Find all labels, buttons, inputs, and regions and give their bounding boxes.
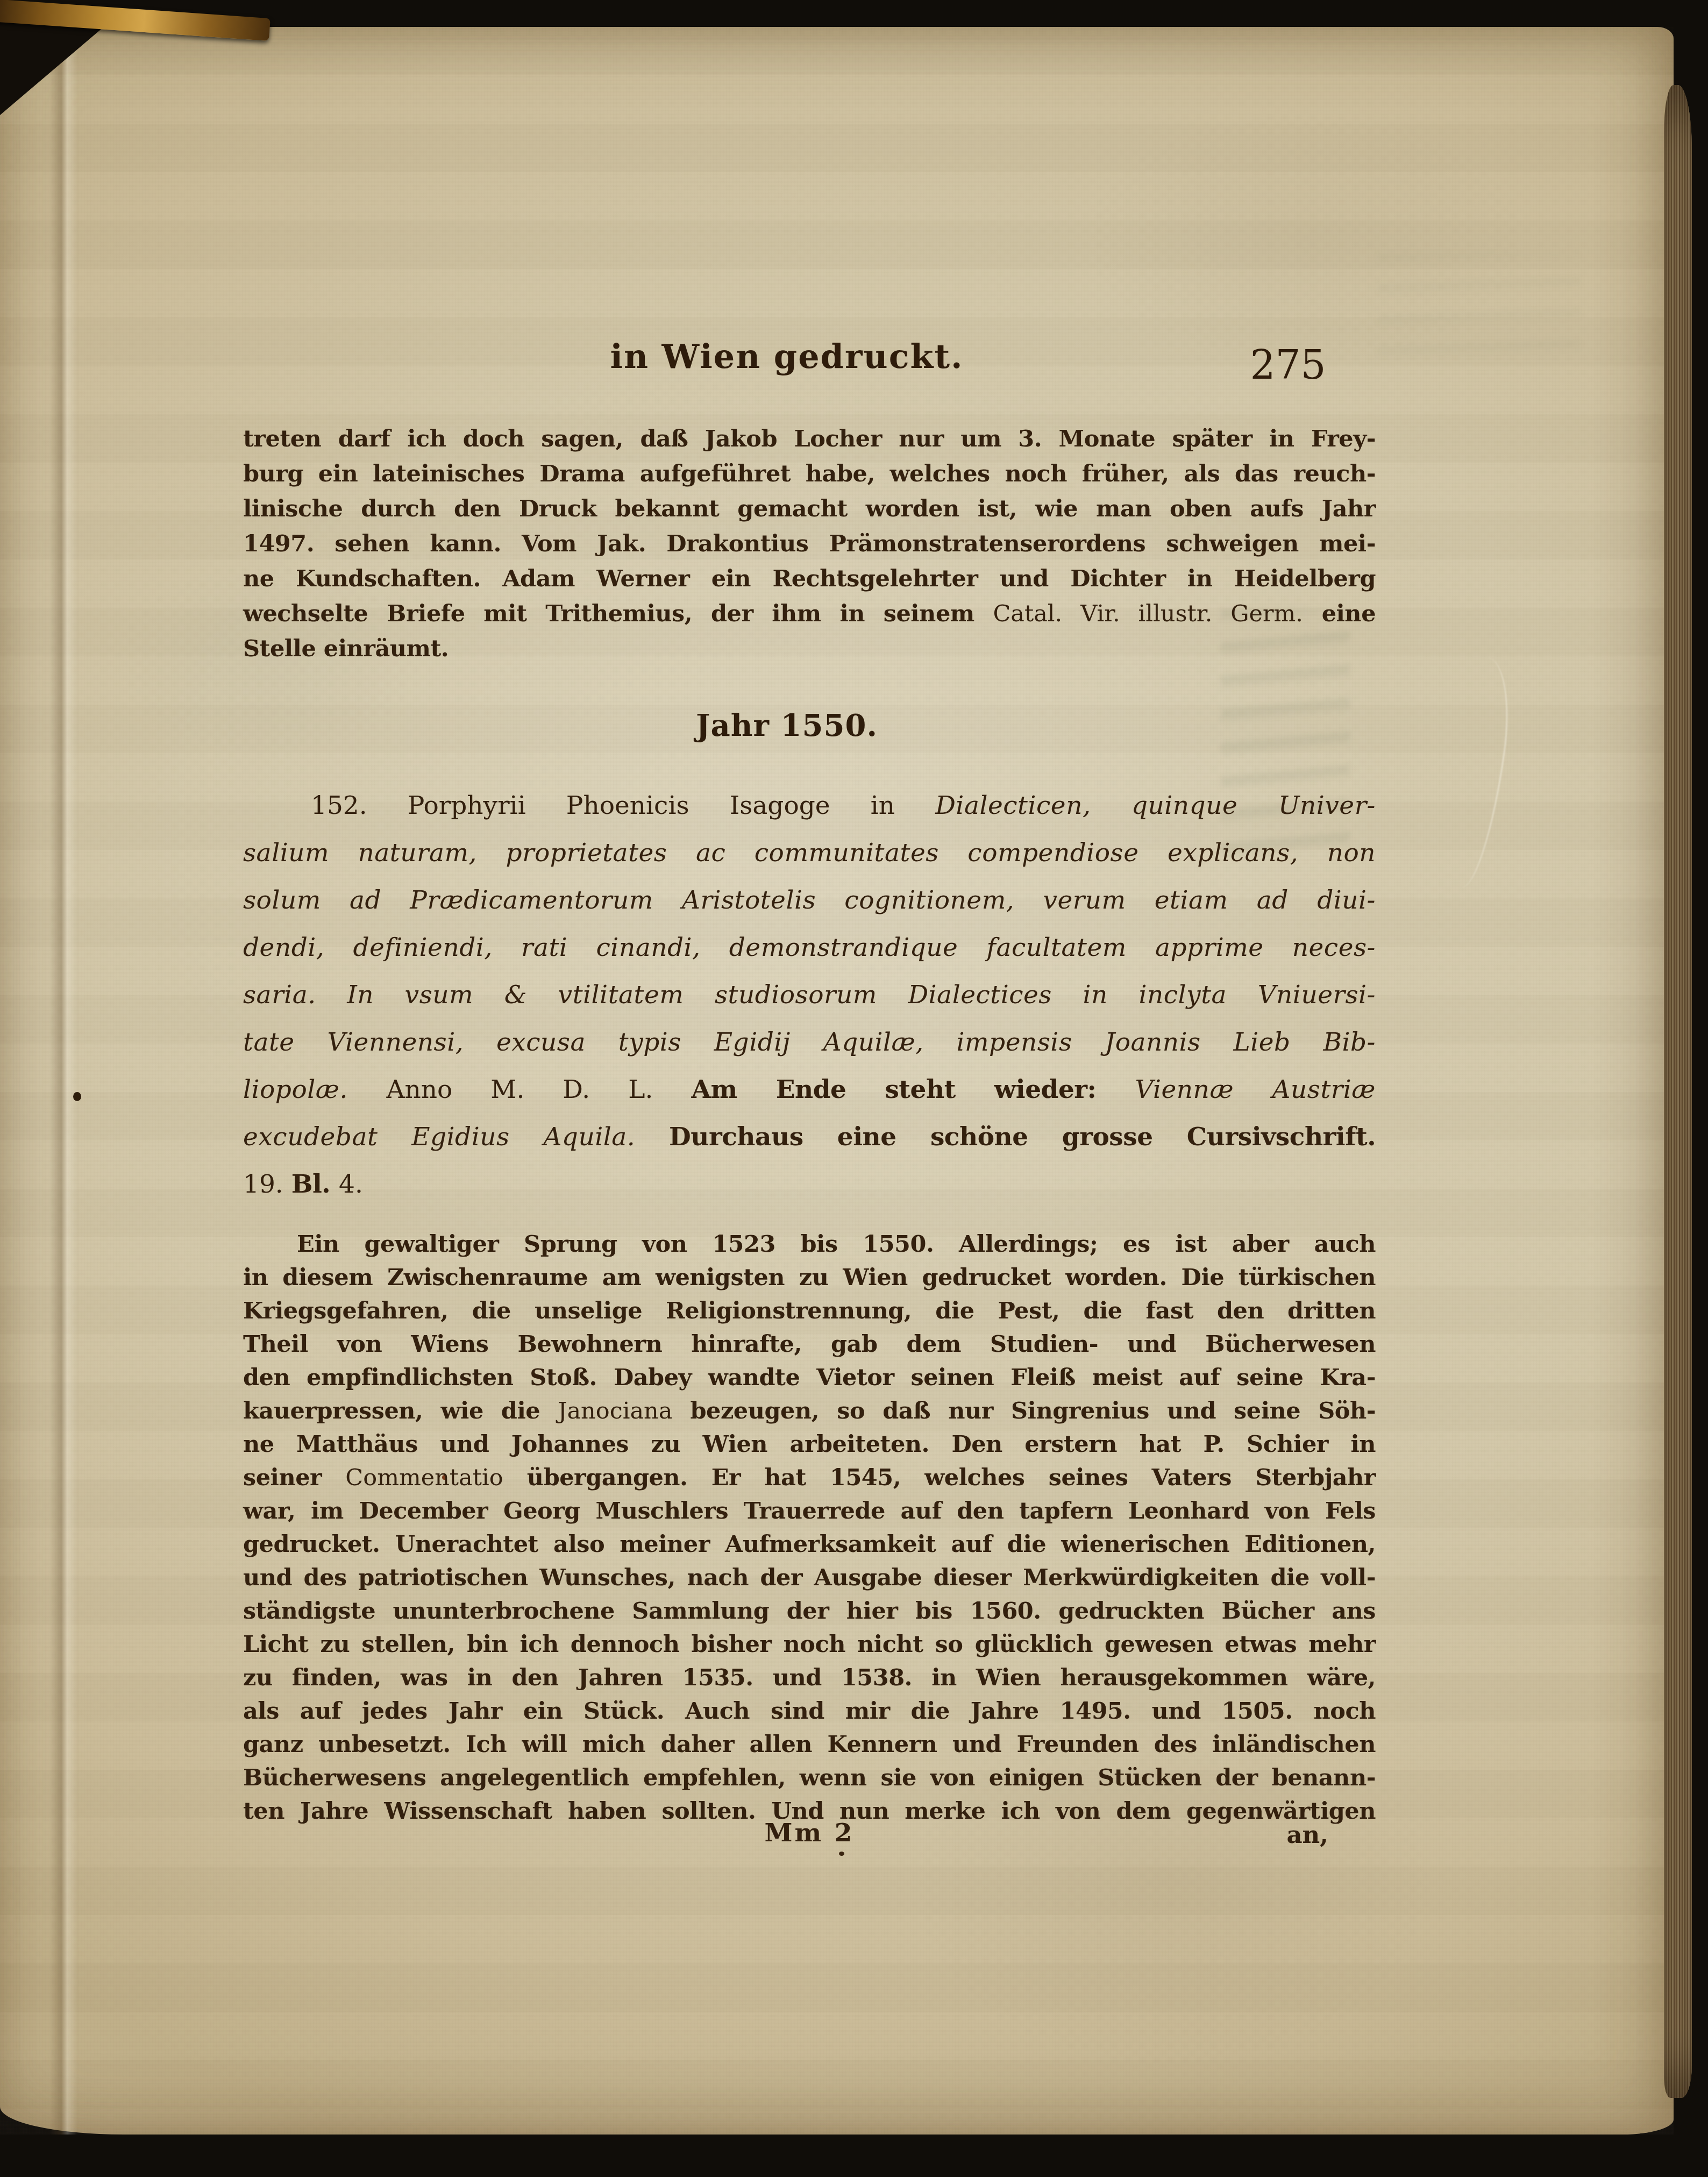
text-segment-fraktur: Durchaus eine schöne grosse Cursivschrif… — [669, 1122, 1376, 1152]
show-through-ghost — [1377, 253, 1581, 371]
text-line: wechselte Briefe mit Trithemius, der ihm… — [243, 597, 1376, 632]
text-segment-fraktur: 1497. sehen kann. Vom Jak. Drakontius Pr… — [243, 530, 1376, 557]
paragraph-continuation: treten darf ich doch sagen, daß Jakob Lo… — [243, 422, 1376, 666]
text-line: Stelle einräumt. — [243, 632, 1376, 666]
text-segment-italic: dendi, definiendi, rati cinandi, demonst… — [243, 933, 1376, 962]
text-line: 19. Bl. 4. — [243, 1161, 1376, 1208]
fore-edge-pages — [1664, 85, 1692, 2098]
catalog-entry-152: 152. Porphyrii Phoenicis Isagoge in Dial… — [243, 782, 1376, 1208]
text-line: salium naturam, proprietates ac communit… — [243, 829, 1376, 877]
text-line: den empfindlichsten Stoß. Dabey wandte V… — [243, 1361, 1376, 1394]
text-segment-fraktur: Licht zu stellen, bin ich dennoch bisher… — [243, 1631, 1376, 1658]
text-segment-italic: salium naturam, proprietates ac communit… — [243, 838, 1376, 868]
text-segment-roman: 19. — [243, 1169, 291, 1199]
text-line: als auf jedes Jahr ein Stück. Auch sind … — [243, 1694, 1376, 1728]
text-line: kauerpressen, wie die Janociana bezeugen… — [243, 1394, 1376, 1428]
text-segment-fraktur: Am Ende steht wieder: — [692, 1075, 1135, 1104]
text-segment-fraktur: Kriegsgefahren, die unselige Religionstr… — [243, 1297, 1376, 1324]
text-line: Ein gewaltiger Sprung von 1523 bis 1550.… — [243, 1228, 1376, 1261]
text-line: in diesem Zwischenraume am wenigsten zu … — [243, 1261, 1376, 1294]
text-segment-fraktur: ständigste ununterbrochene Sammlung der … — [243, 1598, 1376, 1625]
text-line: seiner Commentatio übergangen. Er hat 15… — [243, 1461, 1376, 1494]
text-line: gedrucket. Unerachtet also meiner Aufmer… — [243, 1528, 1376, 1561]
text-segment-roman: Anno M. D. L. — [386, 1075, 691, 1104]
text-segment-fraktur: übergangen. Er hat 1545, welches seines … — [503, 1464, 1376, 1491]
text-segment-italic: Dialecticen, quinque Univer- — [935, 791, 1376, 820]
scanned-book-photo: in Wien gedruckt. 275 treten darf ich do… — [0, 0, 1708, 2177]
text-segment-fraktur: und des patriotischen Wunsches, nach der… — [243, 1564, 1376, 1591]
catchword: an, — [1237, 1820, 1328, 1849]
text-segment-italic: tate Viennensi, excusa typis Egidij Aqui… — [243, 1027, 1376, 1057]
text-segment-fraktur: gedrucket. Unerachtet also meiner Aufmer… — [243, 1531, 1376, 1558]
text-segment-roman: Commentatio — [345, 1464, 503, 1491]
text-segment-fraktur: war, im December Georg Muschlers Trauerr… — [243, 1498, 1376, 1524]
text-segment-fraktur: ganz unbesetzt. Ich will mich daher alle… — [243, 1731, 1376, 1758]
signature-mark: Mm 2 — [756, 1818, 863, 1848]
text-segment-fraktur: Bücherwesens angelegentlich empfehlen, w… — [243, 1764, 1376, 1791]
text-segment-roman: Catal. Vir. illustr. Germ. — [993, 600, 1303, 627]
text-line: treten darf ich doch sagen, daß Jakob Lo… — [243, 422, 1376, 457]
section-heading-year: Jahr 1550. — [220, 708, 1353, 743]
text-line: Kriegsgefahren, die unselige Religionstr… — [243, 1294, 1376, 1328]
text-segment-fraktur: Theil von Wiens Bewohnern hinrafte, gab … — [243, 1331, 1376, 1358]
text-segment-fraktur: Bl. — [291, 1169, 339, 1199]
text-segment-roman: 152. Porphyrii Phoenicis Isagoge in — [311, 791, 935, 820]
gutter-crease — [49, 27, 77, 2135]
text-segment-roman: Janociana — [558, 1398, 672, 1424]
text-segment-fraktur: ne Matthäus und Johannes zu Wien arbeite… — [243, 1431, 1376, 1458]
text-segment-italic: solum ad Prædicamentorum Aristotelis cog… — [243, 885, 1376, 915]
text-segment-fraktur: Stelle einräumt. — [243, 635, 449, 662]
scratch-mark — [1426, 653, 1518, 891]
text-line: ständigste ununterbrochene Sammlung der … — [243, 1594, 1376, 1628]
text-segment-fraktur: wechselte Briefe mit Trithemius, der ihm… — [243, 600, 993, 627]
text-line: ne Matthäus und Johannes zu Wien arbeite… — [243, 1428, 1376, 1461]
text-line: Theil von Wiens Bewohnern hinrafte, gab … — [243, 1328, 1376, 1361]
page-number: 275 — [1242, 342, 1334, 388]
text-line: und des patriotischen Wunsches, nach der… — [243, 1561, 1376, 1594]
text-segment-fraktur: den empfindlichsten Stoß. Dabey wandte V… — [243, 1364, 1376, 1391]
text-segment-fraktur: seiner — [243, 1464, 345, 1491]
text-line: Bücherwesens angelegentlich empfehlen, w… — [243, 1761, 1376, 1795]
text-segment-fraktur: eine — [1303, 600, 1376, 627]
text-segment-fraktur: ne Kundschaften. Adam Werner ein Rechtsg… — [243, 565, 1376, 592]
text-line: dendi, definiendi, rati cinandi, demonst… — [243, 924, 1376, 972]
text-line: burg ein lateinisches Drama aufgeführet … — [243, 457, 1376, 492]
ink-speck — [73, 1092, 81, 1101]
book-page: in Wien gedruckt. 275 treten darf ich do… — [0, 27, 1674, 2135]
ink-speck — [839, 1852, 844, 1856]
text-segment-italic: saria. In vsum & vtilitatem studiosorum … — [243, 980, 1376, 1010]
running-title: in Wien gedruckt. — [220, 337, 1353, 376]
text-segment-fraktur: burg ein lateinisches Drama aufgeführet … — [243, 460, 1376, 487]
text-segment-fraktur: als auf jedes Jahr ein Stück. Auch sind … — [243, 1698, 1376, 1725]
text-line: ne Kundschaften. Adam Werner ein Rechtsg… — [243, 562, 1376, 597]
text-segment-italic: Viennæ Austriæ — [1135, 1075, 1376, 1104]
text-line: 1497. sehen kann. Vom Jak. Drakontius Pr… — [243, 527, 1376, 562]
text-segment-roman: 4. — [339, 1169, 363, 1199]
text-line: liopolæ. Anno M. D. L. Am Ende steht wie… — [243, 1066, 1376, 1114]
text-line: saria. In vsum & vtilitatem studiosorum … — [243, 972, 1376, 1019]
text-line: excudebat Egidius Aquila. Durchaus eine … — [243, 1114, 1376, 1161]
text-segment-fraktur: Ein gewaltiger Sprung von 1523 bis 1550.… — [297, 1231, 1376, 1258]
text-segment-fraktur: bezeugen, so daß nur Singrenius und sein… — [672, 1398, 1376, 1424]
text-line: Licht zu stellen, bin ich dennoch bisher… — [243, 1628, 1376, 1661]
text-segment-italic: excudebat Egidius Aquila. — [243, 1122, 669, 1152]
paragraph-commentary: Ein gewaltiger Sprung von 1523 bis 1550.… — [243, 1228, 1376, 1828]
text-line: tate Viennensi, excusa typis Egidij Aqui… — [243, 1019, 1376, 1066]
text-line: war, im December Georg Muschlers Trauerr… — [243, 1494, 1376, 1528]
text-line: 152. Porphyrii Phoenicis Isagoge in Dial… — [243, 782, 1376, 829]
text-segment-fraktur: treten darf ich doch sagen, daß Jakob Lo… — [243, 426, 1376, 452]
text-segment-fraktur: kauerpressen, wie die — [243, 1398, 558, 1424]
text-line: zu finden, was in den Jahren 1535. und 1… — [243, 1661, 1376, 1694]
text-line: linische durch den Druck bekannt gemacht… — [243, 492, 1376, 527]
text-segment-fraktur: in diesem Zwischenraume am wenigsten zu … — [243, 1264, 1376, 1291]
text-segment-fraktur: linische durch den Druck bekannt gemacht… — [243, 495, 1376, 522]
text-segment-italic: liopolæ. — [243, 1075, 386, 1104]
text-line: solum ad Prædicamentorum Aristotelis cog… — [243, 877, 1376, 924]
text-line: ganz unbesetzt. Ich will mich daher alle… — [243, 1728, 1376, 1761]
text-segment-fraktur: zu finden, was in den Jahren 1535. und 1… — [243, 1664, 1376, 1691]
